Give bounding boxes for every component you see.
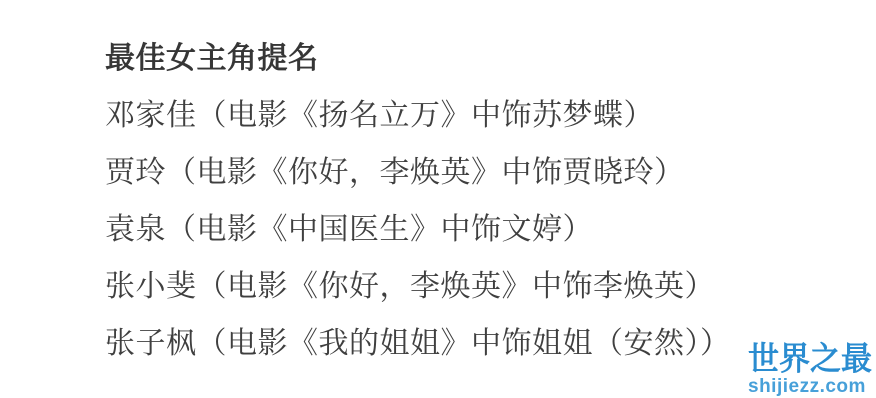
section-title: 最佳女主角提名: [105, 30, 845, 87]
page-canvas: 最佳女主角提名 邓家佳（电影《扬名立万》中饰苏梦蝶） 贾玲（电影《你好，李焕英》…: [0, 0, 876, 398]
nominees-section: 最佳女主角提名 邓家佳（电影《扬名立万》中饰苏梦蝶） 贾玲（电影《你好，李焕英》…: [105, 30, 845, 372]
nominee-item: 张小斐（电影《你好，李焕英》中饰李焕英）: [105, 258, 845, 315]
nominee-item: 贾玲（电影《你好，李焕英》中饰贾晓玲）: [105, 144, 845, 201]
watermark-domain-text: shijiezz.com: [748, 377, 872, 396]
nominee-item: 袁泉（电影《中国医生》中饰文婷）: [105, 201, 845, 258]
nominee-item: 邓家佳（电影《扬名立万》中饰苏梦蝶）: [105, 87, 845, 144]
nominee-item: 张子枫（电影《我的姐姐》中饰姐姐（安然））: [105, 315, 845, 372]
